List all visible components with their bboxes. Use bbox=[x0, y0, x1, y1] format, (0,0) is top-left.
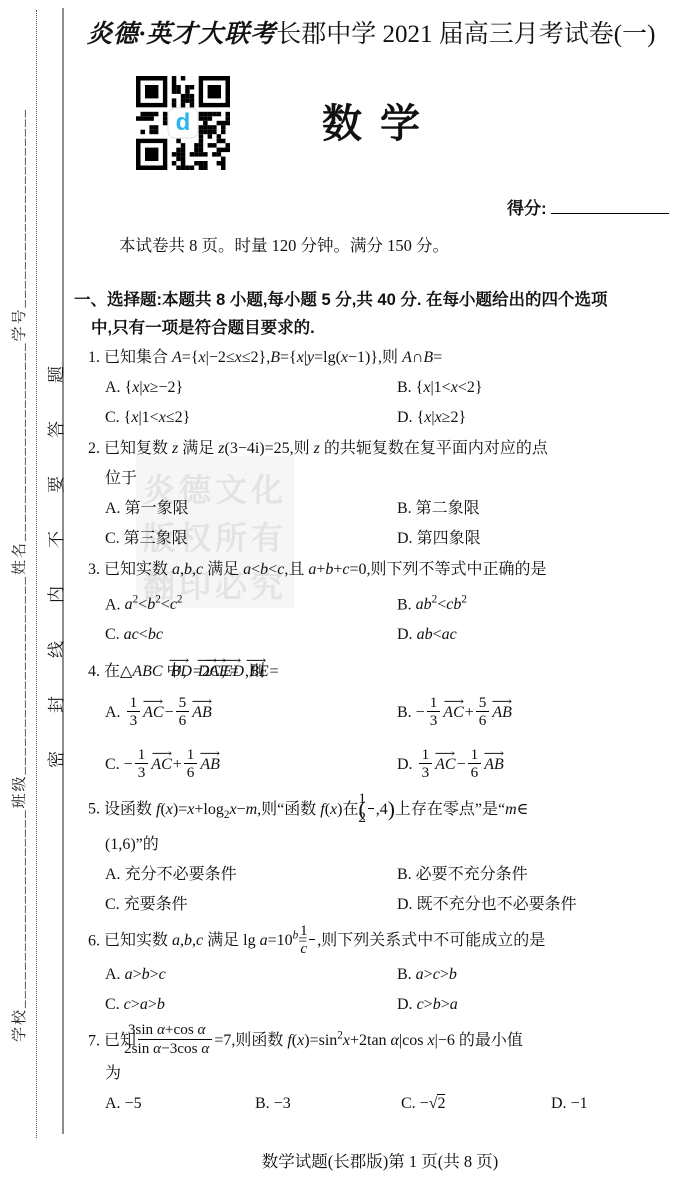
question-stem-line: 4. 在△ABC 中,BD=2 DC,AE=ED,则BE= bbox=[74, 651, 694, 687]
question-stem: 已知复数 z 满足 z(3−4i)=25,则 z 的共轭复数在复平面内对应的点 bbox=[104, 440, 548, 457]
section-heading-line1: 一、选择题:本题共 8 小题,每小题 5 分,共 40 分. 在每小题给出的四个… bbox=[74, 286, 694, 314]
option-body: 13AC−16AB bbox=[417, 756, 505, 773]
question: 7. 已知3sin α+cos α2sin α−3cos α=7,则函数 f(x… bbox=[74, 1021, 694, 1120]
option-label: A. bbox=[105, 1095, 121, 1112]
option-body: 13AC−56AB bbox=[125, 704, 213, 721]
option-label: C. bbox=[401, 1095, 416, 1112]
option-body: ab<ac bbox=[417, 626, 457, 643]
question-stem: 已知3sin α+cos α2sin α−3cos α=7,则函数 f(x)=s… bbox=[104, 1032, 523, 1049]
answer-option: A. 第一象限 bbox=[105, 494, 397, 524]
question-options: A. −5B. −3C. −√2D. −1 bbox=[74, 1089, 694, 1119]
option-label: C. bbox=[105, 626, 120, 643]
seal-dotted-line bbox=[36, 10, 37, 1138]
option-label: C. bbox=[105, 896, 120, 913]
question-stem-line: 2. 已知复数 z 满足 z(3−4i)=25,则 z 的共轭复数在复平面内对应… bbox=[74, 434, 694, 464]
option-label: A. bbox=[105, 596, 121, 613]
exam-brand: 炎德·英才大联考 bbox=[87, 21, 276, 48]
question: 1. 已知集合 A={x|−2≤x≤2},B={x|y=lg(x−1)},则 A… bbox=[74, 343, 694, 433]
option-body: 充分不必要条件 bbox=[125, 866, 237, 883]
answer-option: C. {x|1<x≤2} bbox=[105, 403, 397, 433]
question-options: A. a2<b2<c2B. ab2<cb2C. ac<bcD. ab<ac bbox=[74, 585, 694, 650]
exam-title: 炎德·英才大联考长郡中学 2021 届高三月考试卷(一) bbox=[87, 14, 655, 50]
section-heading-line2: 中,只有一项是符合题目要求的. bbox=[74, 314, 694, 342]
option-label: D. bbox=[397, 756, 413, 773]
option-label: B. bbox=[397, 966, 412, 983]
option-body: −1 bbox=[571, 1095, 588, 1112]
option-label: A. bbox=[105, 379, 121, 396]
option-body: a2<b2<c2 bbox=[125, 596, 183, 613]
option-label: B. bbox=[397, 596, 412, 613]
option-body: ac<bc bbox=[124, 626, 163, 643]
exam-instructions: 本试卷共 8 页。时量 120 分钟。满分 150 分。 bbox=[119, 232, 449, 256]
answer-option: A. 13AC−56AB bbox=[105, 687, 397, 739]
option-label: C. bbox=[105, 756, 120, 773]
option-body: {x|1<x<2} bbox=[416, 379, 483, 396]
question-stem-cont: 位于 bbox=[74, 464, 694, 494]
question-options: A. a>b>cB. a>c>bC. c>a>bD. c>b>a bbox=[74, 960, 694, 1020]
answer-option: B. 必要不充分条件 bbox=[397, 860, 694, 890]
qr-code: d bbox=[136, 76, 230, 170]
option-body: −3 bbox=[274, 1095, 291, 1112]
question: 5. 设函数 f(x)=x+log2x−m,则“函数 f(x)在(12,4)上存… bbox=[74, 792, 694, 920]
option-label: D. bbox=[397, 530, 413, 547]
option-body: 充要条件 bbox=[124, 896, 188, 913]
question-stem-line: 3. 已知实数 a,b,c 满足 a<b<c,且 a+b+c=0,则下列不等式中… bbox=[74, 555, 694, 585]
answer-option: D. ab<ac bbox=[397, 620, 694, 650]
answer-option: C. 第三象限 bbox=[105, 524, 397, 554]
answer-option: A. {x|x≥−2} bbox=[105, 373, 397, 403]
answer-option: D. {x|x≥2} bbox=[397, 403, 694, 433]
question-stem: 已知实数 a,b,c 满足 a<b<c,且 a+b+c=0,则下列不等式中正确的… bbox=[104, 561, 547, 578]
option-label: C. bbox=[105, 409, 120, 426]
option-label: B. bbox=[397, 500, 412, 517]
option-body: a>b>c bbox=[125, 966, 166, 983]
option-label: D. bbox=[397, 996, 413, 1013]
answer-option: A. a2<b2<c2 bbox=[105, 585, 397, 620]
answer-option: D. 13AC−16AB bbox=[397, 739, 694, 791]
option-body: 第一象限 bbox=[125, 500, 189, 517]
option-body: 既不充分也不必要条件 bbox=[417, 896, 577, 913]
student-info-fields: 学校_____________________班级_______________… bbox=[8, 102, 29, 1042]
page-footer: 数学试题(长郡版)第 1 页(共 8 页) bbox=[70, 1148, 690, 1172]
question-stem: 设函数 f(x)=x+log2x−m,则“函数 f(x)在(12,4)上存在零点… bbox=[104, 801, 529, 818]
option-label: A. bbox=[105, 500, 121, 517]
score-blank-line bbox=[551, 197, 669, 214]
question-number: 1. bbox=[88, 349, 100, 366]
answer-option: D. 第四象限 bbox=[397, 524, 694, 554]
option-label: B. bbox=[397, 704, 412, 721]
option-label: D. bbox=[397, 409, 413, 426]
answer-option: A. a>b>c bbox=[105, 960, 397, 990]
answer-option: C. −√2 bbox=[401, 1089, 551, 1119]
option-body: c>b>a bbox=[417, 996, 458, 1013]
question-stem-line: 5. 设函数 f(x)=x+log2x−m,则“函数 f(x)在(12,4)上存… bbox=[74, 792, 694, 830]
question-number: 2. bbox=[88, 440, 100, 457]
answer-option: B. {x|1<x<2} bbox=[397, 373, 694, 403]
answer-option: B. ab2<cb2 bbox=[397, 585, 694, 620]
answer-option: C. ac<bc bbox=[105, 620, 397, 650]
option-label: D. bbox=[397, 626, 413, 643]
option-body: 第三象限 bbox=[124, 530, 188, 547]
option-label: A. bbox=[105, 704, 121, 721]
question: 6. 已知实数 a,b,c 满足 lg a=10b=1c,则下列关系式中不可能成… bbox=[74, 921, 694, 1020]
answer-option: D. c>b>a bbox=[397, 990, 694, 1020]
option-label: D. bbox=[397, 896, 413, 913]
question-stem-line: 6. 已知实数 a,b,c 满足 lg a=10b=1c,则下列关系式中不可能成… bbox=[74, 921, 694, 960]
option-body: −13AC+56AB bbox=[416, 704, 513, 721]
question-stem-line: 1. 已知集合 A={x|−2≤x≤2},B={x|y=lg(x−1)},则 A… bbox=[74, 343, 694, 373]
answer-option: B. a>c>b bbox=[397, 960, 694, 990]
option-body: −13AC+16AB bbox=[124, 756, 221, 773]
question-options: A. 充分不必要条件B. 必要不充分条件C. 充要条件D. 既不充分也不必要条件 bbox=[74, 860, 694, 920]
option-label: A. bbox=[105, 966, 121, 983]
option-body: {x|x≥−2} bbox=[125, 379, 184, 396]
option-label: A. bbox=[105, 866, 121, 883]
option-label: C. bbox=[105, 530, 120, 547]
subject-title: 数学 bbox=[322, 92, 438, 149]
option-body: {x|1<x≤2} bbox=[124, 409, 191, 426]
section-heading: 一、选择题:本题共 8 小题,每小题 5 分,共 40 分. 在每小题给出的四个… bbox=[74, 286, 694, 342]
question-stem-cont: 为 bbox=[74, 1059, 694, 1089]
answer-option: B. −3 bbox=[255, 1089, 401, 1119]
answer-option: A. 充分不必要条件 bbox=[105, 860, 397, 890]
question-stem: 已知集合 A={x|−2≤x≤2},B={x|y=lg(x−1)},则 A∩B= bbox=[104, 349, 442, 366]
option-body: c>a>b bbox=[124, 996, 165, 1013]
option-label: B. bbox=[397, 866, 412, 883]
answer-option: C. 充要条件 bbox=[105, 890, 397, 920]
answer-option: C. −13AC+16AB bbox=[105, 739, 397, 791]
questions-area: 一、选择题:本题共 8 小题,每小题 5 分,共 40 分. 在每小题给出的四个… bbox=[74, 286, 694, 1119]
answer-option: A. −5 bbox=[105, 1089, 255, 1119]
option-body: −5 bbox=[125, 1095, 142, 1112]
exam-title-rest: 长郡中学 2021 届高三月考试卷(一) bbox=[276, 21, 655, 48]
question-number: 6. bbox=[88, 932, 100, 949]
question: 3. 已知实数 a,b,c 满足 a<b<c,且 a+b+c=0,则下列不等式中… bbox=[74, 555, 694, 650]
question-number: 3. bbox=[88, 561, 100, 578]
option-label: C. bbox=[105, 996, 120, 1013]
answer-option: D. 既不充分也不必要条件 bbox=[397, 890, 694, 920]
question-stem-line: 7. 已知3sin α+cos α2sin α−3cos α=7,则函数 f(x… bbox=[74, 1021, 694, 1060]
option-body: a>c>b bbox=[416, 966, 457, 983]
option-body: −√2 bbox=[420, 1094, 446, 1112]
option-label: B. bbox=[397, 379, 412, 396]
svg-text:d: d bbox=[176, 109, 191, 136]
option-body: 第二象限 bbox=[416, 500, 480, 517]
question: 2. 已知复数 z 满足 z(3−4i)=25,则 z 的共轭复数在复平面内对应… bbox=[74, 434, 694, 554]
score-field: 得分: bbox=[507, 194, 669, 219]
question-stem-cont: (1,6)”的 bbox=[74, 830, 694, 860]
answer-option: D. −1 bbox=[551, 1089, 694, 1119]
answer-option: B. 第二象限 bbox=[397, 494, 694, 524]
option-body: ab2<cb2 bbox=[416, 596, 467, 613]
option-label: B. bbox=[255, 1095, 270, 1112]
answer-option: C. c>a>b bbox=[105, 990, 397, 1020]
question-number: 5. bbox=[88, 801, 100, 818]
seal-margin-text: 密封线内不要答题 bbox=[42, 328, 67, 768]
question-stem: 已知实数 a,b,c 满足 lg a=10b=1c,则下列关系式中不可能成立的是 bbox=[104, 932, 545, 949]
question-options: A. {x|x≥−2}B. {x|1<x<2}C. {x|1<x≤2}D. {x… bbox=[74, 373, 694, 433]
option-label: D. bbox=[551, 1095, 567, 1112]
question-number: 4. bbox=[88, 663, 100, 680]
option-body: 第四象限 bbox=[417, 530, 481, 547]
question-options: A. 第一象限B. 第二象限C. 第三象限D. 第四象限 bbox=[74, 494, 694, 554]
option-body: 必要不充分条件 bbox=[416, 866, 528, 883]
question-options: A. 13AC−56ABB. −13AC+56ABC. −13AC+16ABD.… bbox=[74, 687, 694, 791]
question-number: 7. bbox=[88, 1032, 100, 1049]
score-label: 得分: bbox=[507, 199, 547, 218]
question: 4. 在△ABC 中,BD=2 DC,AE=ED,则BE= A. 13AC−56… bbox=[74, 651, 694, 791]
questions: 1. 已知集合 A={x|−2≤x≤2},B={x|y=lg(x−1)},则 A… bbox=[74, 343, 694, 1119]
option-body: {x|x≥2} bbox=[417, 409, 467, 426]
